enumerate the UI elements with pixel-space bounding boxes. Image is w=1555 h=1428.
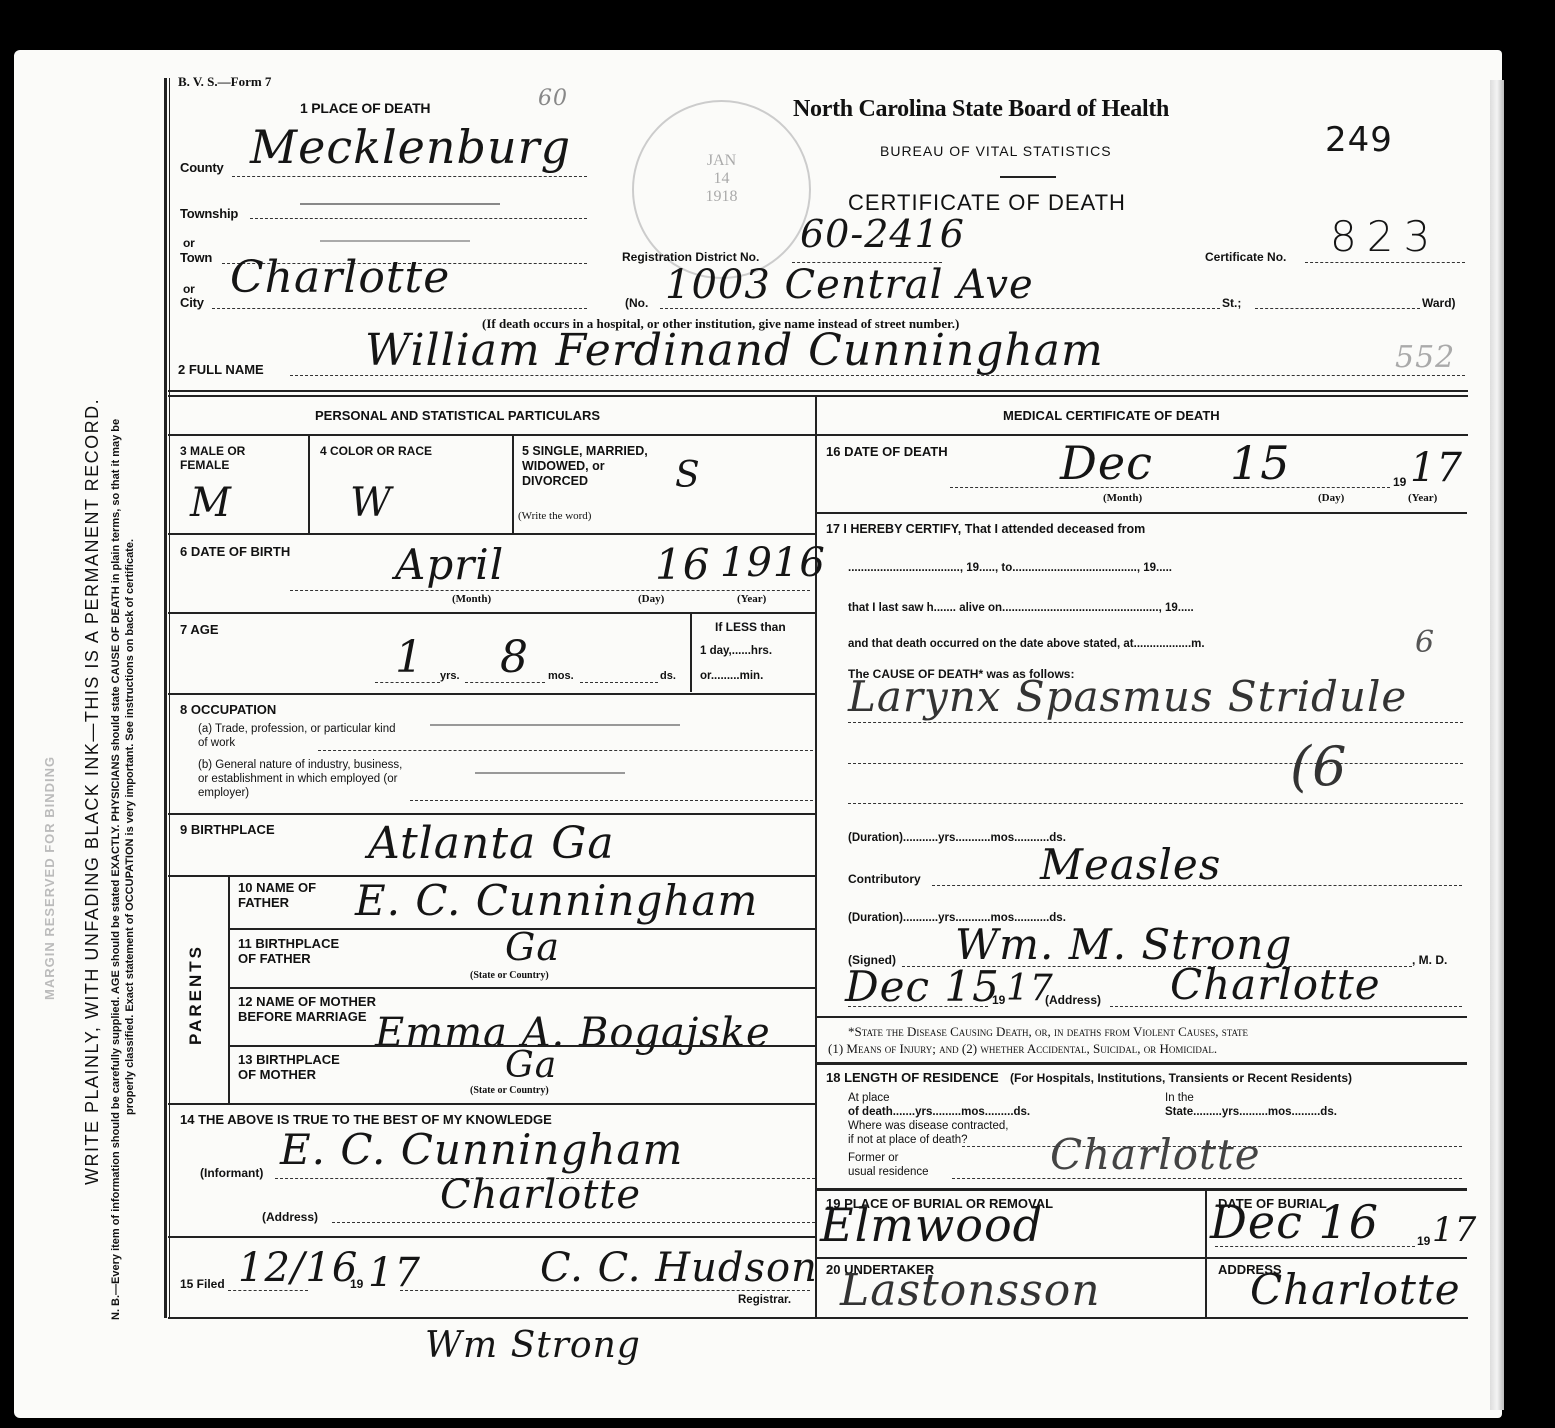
father-label: 10 NAME OF FATHER [238,880,348,910]
dod-year-prefix: 19 [1393,475,1406,489]
mother-birthplace-label: 13 BIRTHPLACE OF MOTHER [238,1052,358,1082]
undertaker-value: Lastonsson [840,1265,1101,1316]
dob-year-caption: (Year) [737,593,766,605]
father-birthplace-value: Ga [505,925,560,969]
reg-district-value: 60-2416 [800,212,965,256]
county-line [232,176,587,177]
residence-note: (For Hospitals, Institutions, Transients… [1010,1071,1352,1085]
occ-b-value-dash [475,772,625,774]
dob-day: 16 [655,540,710,589]
footnote-line-2: (1) Means of Injury; and (2) whether Acc… [828,1041,1217,1057]
state-line: State.........yrs.........mos.........ds… [1165,1106,1337,1118]
age-days-line [580,682,658,683]
undertaker-address-value: Charlotte [1250,1265,1461,1314]
certificate-no-line [1305,262,1465,263]
filed-year-prefix: 19 [350,1277,363,1291]
row-divider [168,1103,815,1105]
less-min-label: or.........min. [700,670,763,682]
filed-date: 12/16 [238,1245,358,1291]
mother-state-caption: (State or Country) [470,1085,549,1096]
father-state-caption: (State or Country) [470,970,549,981]
parents-label: PARENTS [186,944,206,1045]
city-value: Charlotte [230,252,450,303]
less-than-label: If LESS than [715,620,786,634]
town-value-dash [320,240,470,242]
personal-header: PERSONAL AND STATISTICAL PARTICULARS [315,408,600,423]
county-label: County [180,160,224,175]
dod-month: Dec [1060,436,1153,490]
cause-value: Larynx Spasmus Stridule [848,672,1407,721]
cause-line-3 [848,803,1463,804]
former-label-2: usual residence [848,1166,929,1178]
row-divider [817,1257,1467,1259]
occ-b-line [410,800,813,801]
dod-year: 17 [1410,445,1463,491]
occ-a-label: (a) Trade, profession, or particular kin… [198,722,398,750]
registrar-label: Registrar. [738,1294,791,1306]
certify-label: 17 I HEREBY CERTIFY, That I attended dec… [826,522,1145,536]
full-name-value: William Ferdinand Cunningham [365,325,1104,376]
marital-note: (Write the word) [518,510,591,522]
full-name-label: 2 FULL NAME [178,362,264,377]
duration-line-1: (Duration)...........yrs...........mos..… [848,832,1066,844]
ward-line [1255,308,1420,309]
marital-value: S [675,455,701,496]
hour-note: 6 [1415,625,1435,660]
attended-line: ..................................., 19.… [848,562,1172,574]
row-divider [228,987,815,989]
birthplace-value: Atlanta Ga [368,818,615,869]
md-label: , M. D. [1412,953,1447,967]
row-divider [817,1062,1467,1065]
township-label: Township [180,206,238,221]
row-divider [817,1188,1467,1191]
mother-birthplace-value: Ga [505,1045,557,1086]
age-years: 1 [395,632,424,683]
occ-b-label: (b) General nature of industry, business… [198,758,413,800]
filed-label: 15 Filed [180,1277,225,1291]
row-divider [168,533,815,535]
medical-header: MEDICAL CERTIFICATE OF DEATH [1003,408,1220,423]
dob-year: 1916 [720,540,826,586]
city-label: City [180,295,204,310]
bottom-signature: Wm Strong [425,1325,641,1366]
frame-left [164,78,167,1318]
bottom-border [168,1317,1468,1319]
race-value: W [350,480,392,526]
burial-place-value: Elmwood [820,1198,1043,1252]
residence-label: 18 LENGTH OF RESIDENCE [826,1070,999,1085]
county-value: Mecklenburg [250,120,571,174]
informant-label: (Informant) [200,1166,263,1180]
occ-a-line [318,750,813,751]
permanent-record-note: WRITE PLAINLY, WITH UNFADING BLACK INK—T… [82,398,103,1185]
age-label: 7 AGE [180,622,219,637]
street-value: 1003 Central Ave [665,262,1034,308]
column-divider [815,397,817,1317]
full-name-extra-note: 552 [1395,340,1455,375]
father-birthplace-label: 11 BIRTHPLACE OF FATHER [238,936,358,966]
cell-divider [308,436,310,533]
physician-address-value: Charlotte [1170,960,1381,1009]
row-divider [168,813,815,815]
occupation-label: 8 OCCUPATION [180,702,276,717]
physician-address-label: (Address) [1045,993,1101,1007]
street-line [660,308,1220,309]
township-value-dash [300,203,500,205]
city-line [212,308,587,309]
dod-line [950,487,1390,488]
dod-month-caption: (Month) [1103,492,1142,504]
header-divider [1000,176,1056,178]
dod-day: 15 [1230,436,1291,490]
cause-note: (6 [1290,735,1347,798]
sex-label: 3 MALE OR FEMALE [180,444,290,472]
informant-address-line [332,1222,815,1223]
less-day-label: 1 day,......hrs. [700,645,772,657]
row-divider [817,1016,1467,1018]
informant-address-label: (Address) [262,1210,318,1224]
signed-year-prefix: 19 [992,993,1005,1007]
certificate-no-label: Certificate No. [1205,250,1286,264]
in-the-label: In the [1165,1092,1194,1104]
contributory-label: Contributory [848,872,921,886]
ward-label: Ward) [1422,296,1456,310]
last-saw-line: that I last saw h....... alive on.......… [848,602,1194,614]
place-of-death-label: 1 PLACE OF DEATH [300,100,430,116]
row-divider [168,1236,815,1238]
row-divider [168,612,815,614]
street-no-label: (No. [625,296,648,310]
at-place-label: At place [848,1092,890,1104]
former-residence-value: Charlotte [1050,1130,1261,1179]
occurred-line: and that death occurred on the date abov… [848,638,1205,650]
page-number: 249 [1325,120,1393,160]
burial-year: 17 [1432,1210,1477,1250]
nb-instructions-1: N. B.—Every item of information should b… [110,419,122,1320]
cell-divider [512,436,514,533]
agency-name: North Carolina State Board of Health [793,96,1169,123]
cause-line-1 [848,722,1463,723]
dob-label: 6 DATE OF BIRTH [180,544,290,559]
certificate-no-value: 823 [1330,212,1440,261]
contracted-label-1: Where was disease contracted, [848,1120,1008,1132]
mother-value: Emma A. Bogajske [375,1010,771,1056]
dob-month: April [395,540,504,589]
township-line [250,218,587,219]
footnote-line-1: *State the Disease Causing Death, or, in… [848,1024,1248,1040]
dob-month-caption: (Month) [452,593,491,605]
st-label: St.; [1222,296,1241,310]
stamp-year: 1918 [634,188,809,206]
birthplace-label: 9 BIRTHPLACE [180,822,275,837]
town-label: Town [180,250,212,265]
signed-date: Dec 15 [845,962,1000,1011]
registrar-value: C. C. Hudson [540,1245,818,1291]
cell-divider [690,614,692,692]
stamp-month: JAN [634,152,809,170]
age-months: 8 [500,632,529,683]
informant-address-value: Charlotte [440,1172,641,1218]
dob-day-caption: (Day) [638,593,664,605]
bureau-name: BUREAU OF VITAL STATISTICS [880,143,1112,159]
occ-a-value-dash [430,724,680,726]
top-note: 60 [538,86,568,111]
dod-year-caption: (Year) [1408,492,1437,504]
contributory-value: Measles [1040,840,1221,889]
marital-label: 5 SINGLE, MARRIED, WIDOWED, or DIVORCED [522,444,652,489]
form-id: B. V. S.—Form 7 [178,74,271,90]
dob-line [290,590,810,591]
city-or-label: or [183,282,195,296]
frame-left-inner [169,78,170,1318]
row-divider [817,512,1467,514]
mos-caption: mos. [548,670,574,682]
binding-margin-note: MARGIN RESERVED FOR BINDING [42,756,57,1000]
dod-label: 16 DATE OF DEATH [826,444,948,459]
contracted-label-2: if not at place of death? [848,1134,968,1146]
father-value: E. C. Cunningham [355,876,758,925]
race-label: 4 COLOR OR RACE [320,444,432,458]
ds-caption: ds. [660,670,676,682]
cell-divider [1205,1190,1207,1317]
paper-edge [1490,80,1504,1410]
of-death-line: of death.......yrs.........mos.........d… [848,1106,1030,1118]
dod-day-caption: (Day) [1318,492,1344,504]
yrs-caption: yrs. [440,670,460,682]
sex-value: M [190,480,232,526]
parents-divider [228,876,230,1103]
nb-instructions-2: properly classified. Exact statement of … [124,539,136,1115]
cause-line-2 [848,763,1463,764]
burial-date-value: Dec 16 [1210,1195,1379,1249]
burial-year-prefix: 19 [1417,1234,1430,1248]
stamp-day: 14 [634,170,809,188]
former-label-1: Former or [848,1152,898,1164]
town-or-label: or [183,236,195,250]
informant-value: E. C. Cunningham [280,1125,683,1174]
row-divider [168,693,815,695]
section-divider [168,390,1468,397]
